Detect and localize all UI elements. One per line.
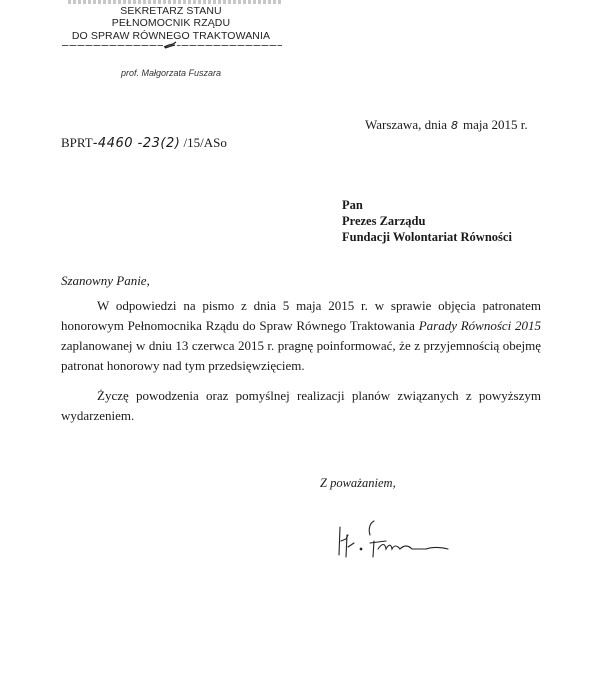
event-name: Parady Równości 2015 <box>419 318 541 333</box>
separator-emblem-icon <box>163 41 177 49</box>
date-month-year: maja 2015 r. <box>463 117 528 132</box>
letterhead-title: SEKRETARZ STANU <box>60 5 282 17</box>
letterhead-person-name: prof. Małgorzata Fuszara <box>60 68 282 78</box>
date-day-handwritten: 8 <box>451 119 458 132</box>
date-place: Warszawa, dnia <box>365 117 447 132</box>
body-paragraph-1: W odpowiedzi na pismo z dnia 5 maja 2015… <box>61 296 541 376</box>
letterhead-subtitle: PEŁNOMOCNIK RZĄDU <box>60 17 282 29</box>
para2-text: Życzę powodzenia oraz pomyślnej realizac… <box>61 388 541 423</box>
addressee-line-3: Fundacji Wolontariat Równości <box>342 229 512 245</box>
para1-text-b: zaplanowanej w dniu 13 czerwca 2015 r. p… <box>61 338 541 373</box>
reference-number: BPRT-4460 -23(2) /15/ASo <box>61 135 227 151</box>
addressee-block: Pan Prezes Zarządu Fundacji Wolontariat … <box>342 197 512 245</box>
body-paragraph-2: Życzę powodzenia oraz pomyślnej realizac… <box>61 386 541 426</box>
reference-prefix: BPRT <box>61 135 93 150</box>
signature-icon <box>330 505 490 565</box>
reference-suffix: /15/ASo <box>180 135 227 150</box>
addressee-line-1: Pan <box>342 197 512 213</box>
reference-handwritten: -4460 -23(2) <box>93 136 181 151</box>
salutation: Szanowny Panie, <box>61 273 150 289</box>
addressee-line-2: Prezes Zarządu <box>342 213 512 229</box>
letterhead-faded-line <box>68 0 282 4</box>
closing-phrase: Z poważaniem, <box>320 476 396 491</box>
letter-date: Warszawa, dnia8maja 2015 r. <box>365 117 528 133</box>
